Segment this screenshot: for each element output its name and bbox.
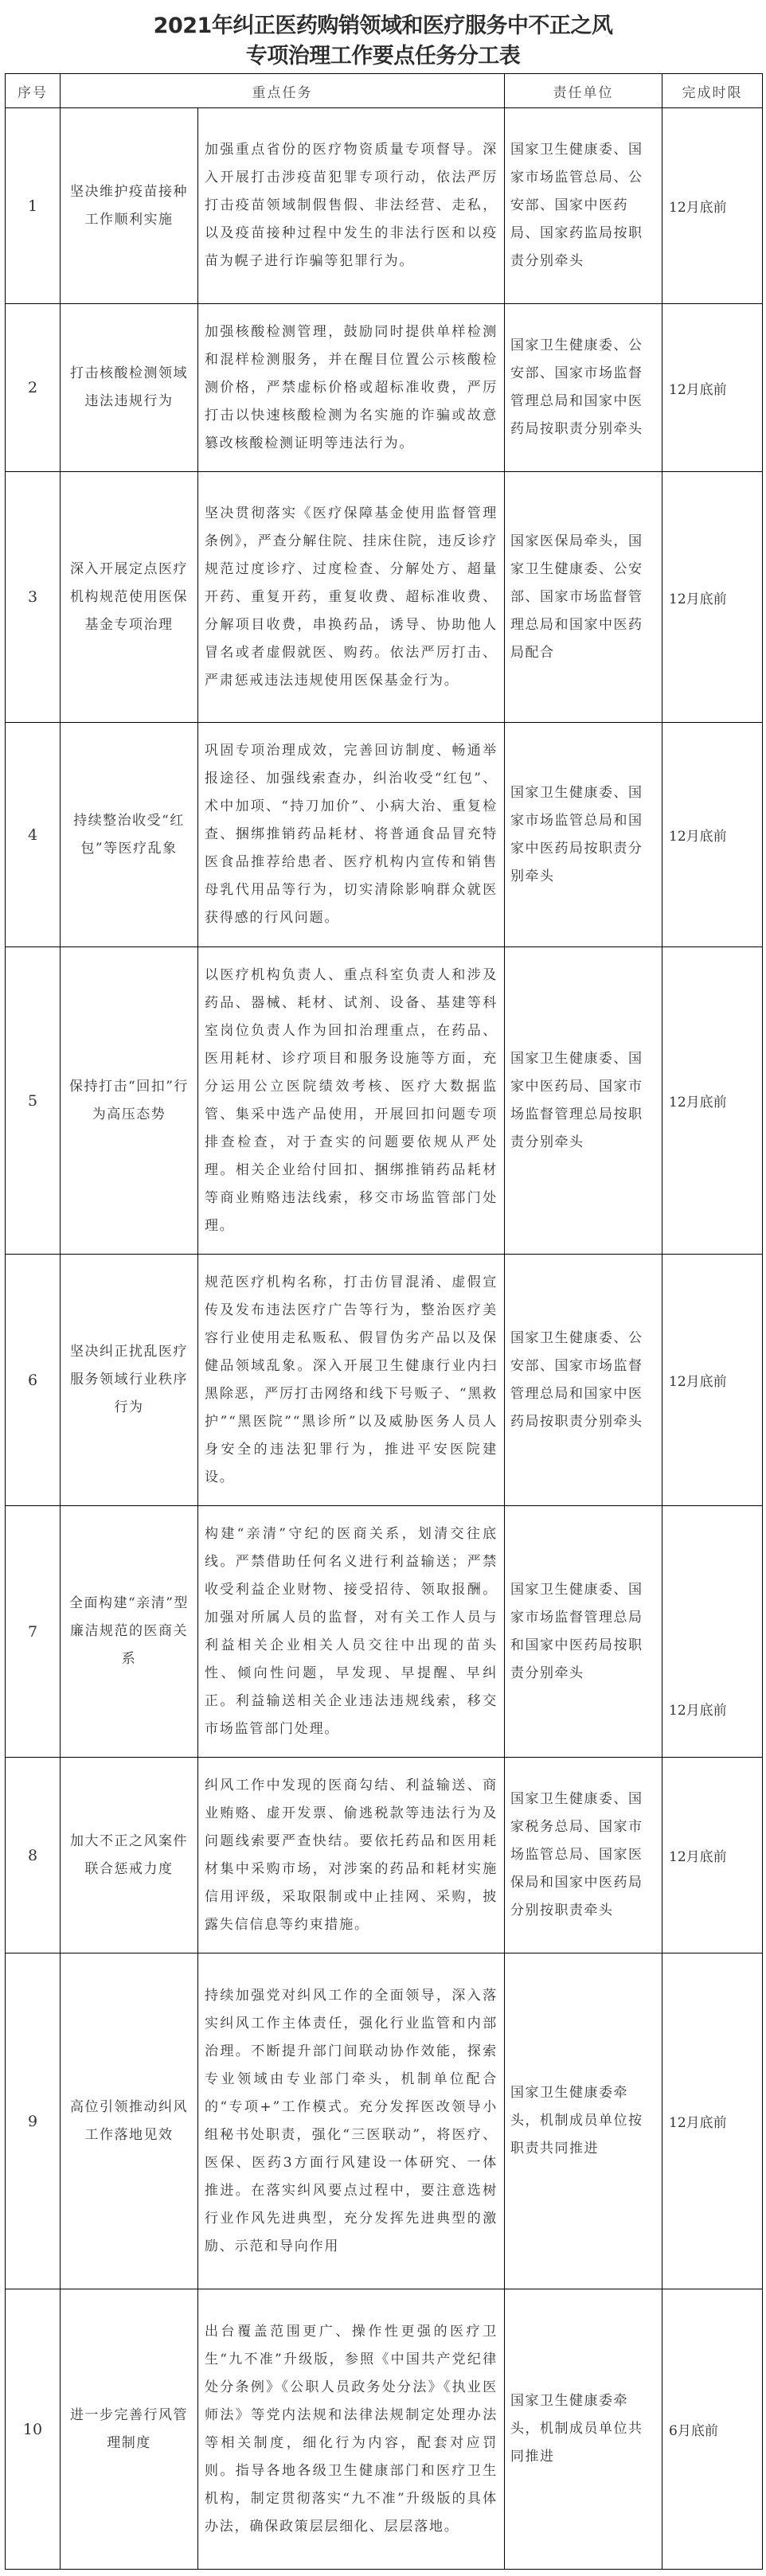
- responsible-unit: 国家卫生健康委、国家税务总局、国家市场监管总局、国家医保局和国家中医药局分别按职…: [505, 1758, 662, 1953]
- row-no: 7: [6, 1506, 61, 1758]
- responsible-unit: 国家卫生健康委、国家市场监管总局和国家中医药局按职责分别牵头: [505, 723, 662, 947]
- task-description: 构建“亲清”守纪的医商关系，划清交往底线。严禁借助任何名义进行利益输送；严禁收受…: [198, 1506, 505, 1758]
- table-row: 2 打击核酸检测领域违法违规行为 加强核酸检测管理，鼓励同时提供单样检测和混样检…: [6, 304, 763, 472]
- row-no: 1: [6, 108, 61, 304]
- table-row: 9 高位引领推动纠风工作落地见效 持续加强党对纠风工作的全面领导，深入落实纠风工…: [6, 1953, 763, 2289]
- deadline: 6月底前: [662, 2289, 763, 2570]
- header-no: 序号: [6, 74, 61, 108]
- task-name: 深入开展定点医疗机构规范使用医保基金专项治理: [61, 472, 198, 723]
- document-title-line2: 专项治理工作要点任务分工表: [0, 38, 766, 69]
- table-row: 3 深入开展定点医疗机构规范使用医保基金专项治理 坚决贯彻落实《医疗保障基金使用…: [6, 472, 763, 723]
- deadline: 12月底前: [662, 1758, 763, 1953]
- table-row: 8 加大不正之风案件联合惩戒力度 纠风工作中发现的医商勾结、利益输送、商业贿赂、…: [6, 1758, 763, 1953]
- task-assignment-table: 序号 重点任务 责任单位 完成时限 1 坚决维护疫苗接种工作顺利实施 加强重点省…: [5, 73, 763, 2570]
- responsible-unit: 国家卫生健康委牵头，机制成员单位按职责共同推进: [505, 1953, 662, 2289]
- table-row: 6 坚决纠正扰乱医疗服务领域行业秩序行为 规范医疗机构名称，打击仿冒混淆、虚假宣…: [6, 1255, 763, 1506]
- responsible-unit: 国家卫生健康委、公安部、国家市场监督管理总局和国家中医药局按职责分别牵头: [505, 304, 662, 472]
- task-name: 保持打击“回扣”行为高压态势: [61, 947, 198, 1255]
- header-unit: 责任单位: [505, 74, 662, 108]
- row-no: 8: [6, 1758, 61, 1953]
- task-name: 持续整治收受“红包”等医疗乱象: [61, 723, 198, 947]
- responsible-unit: 国家卫生健康委牵头，机制成员单位共同推进: [505, 2289, 662, 2570]
- task-name: 加大不正之风案件联合惩戒力度: [61, 1758, 198, 1953]
- row-no: 6: [6, 1255, 61, 1506]
- deadline: 12月底前: [662, 472, 763, 723]
- deadline: 12月底前: [662, 1506, 763, 1758]
- task-description: 持续加强党对纠风工作的全面领导，深入落实纠风工作主体责任，强化行业监管和内部治理…: [198, 1953, 505, 2289]
- header-task: 重点任务: [61, 74, 505, 108]
- task-name: 坚决维护疫苗接种工作顺利实施: [61, 108, 198, 304]
- deadline: 12月底前: [662, 1953, 763, 2289]
- task-description: 坚决贯彻落实《医疗保障基金使用监督管理条例》，严查分解住院、挂床住院，违反诊疗规…: [198, 472, 505, 723]
- row-no: 4: [6, 723, 61, 947]
- row-no: 2: [6, 304, 61, 472]
- deadline: 12月底前: [662, 1255, 763, 1506]
- row-no: 5: [6, 947, 61, 1255]
- task-name: 高位引领推动纠风工作落地见效: [61, 1953, 198, 2289]
- task-name: 坚决纠正扰乱医疗服务领域行业秩序行为: [61, 1255, 198, 1506]
- responsible-unit: 国家卫生健康委、国家中医药局、国家市场监督管理总局按职责分别牵头: [505, 947, 662, 1255]
- deadline: 12月底前: [662, 108, 763, 304]
- task-name: 打击核酸检测领域违法违规行为: [61, 304, 198, 472]
- row-no: 3: [6, 472, 61, 723]
- task-description: 巩固专项治理成效，完善回访制度、畅通举报途径、加强线索查办，纠治收受“红包”、术…: [198, 723, 505, 947]
- table-row: 7 全面构建“亲清”型廉洁规范的医商关系 构建“亲清”守纪的医商关系，划清交往底…: [6, 1506, 763, 1758]
- task-description: 加强重点省份的医疗物资质量专项督导。深入开展打击涉疫苗犯罪专项行动，依法严厉打击…: [198, 108, 505, 304]
- deadline: 12月底前: [662, 947, 763, 1255]
- responsible-unit: 国家卫生健康委、国家市场监督管理总局和国家中医药局按职责分别牵头: [505, 1506, 662, 1758]
- table-row: 1 坚决维护疫苗接种工作顺利实施 加强重点省份的医疗物资质量专项督导。深入开展打…: [6, 108, 763, 304]
- deadline: 12月底前: [662, 723, 763, 947]
- deadline: 12月底前: [662, 304, 763, 472]
- task-description: 规范医疗机构名称，打击仿冒混淆、虚假宣传及发布违法医疗广告等行为，整治医疗美容行…: [198, 1255, 505, 1506]
- document-title-line1: 2021年纠正医药购销领域和医疗服务中不正之风: [0, 8, 766, 39]
- responsible-unit: 国家医保局牵头，国家卫生健康委、公安部、国家市场监督管理总局和国家中医药局配合: [505, 472, 662, 723]
- task-name: 全面构建“亲清”型廉洁规范的医商关系: [61, 1506, 198, 1758]
- task-name: 进一步完善行风管理制度: [61, 2289, 198, 2570]
- task-description: 出台覆盖范围更广、操作性更强的医疗卫生“九不准”升级版，参照《中国共产党纪律处分…: [198, 2289, 505, 2570]
- responsible-unit: 国家卫生健康委、公安部、国家市场监督管理总局和国家中医药局按职责分别牵头: [505, 1255, 662, 1506]
- table-header-row: 序号 重点任务 责任单位 完成时限: [6, 74, 763, 108]
- task-description: 加强核酸检测管理，鼓励同时提供单样检测和混样检测服务，并在醒目位置公示核酸检测价…: [198, 304, 505, 472]
- table-row: 10 进一步完善行风管理制度 出台覆盖范围更广、操作性更强的医疗卫生“九不准”升…: [6, 2289, 763, 2570]
- row-no: 10: [6, 2289, 61, 2570]
- task-description: 以医疗机构负责人、重点科室负责人和涉及药品、器械、耗材、试剂、设备、基建等科室岗…: [198, 947, 505, 1255]
- table-row: 4 持续整治收受“红包”等医疗乱象 巩固专项治理成效，完善回访制度、畅通举报途径…: [6, 723, 763, 947]
- row-no: 9: [6, 1953, 61, 2289]
- table-row: 5 保持打击“回扣”行为高压态势 以医疗机构负责人、重点科室负责人和涉及药品、器…: [6, 947, 763, 1255]
- task-description: 纠风工作中发现的医商勾结、利益输送、商业贿赂、虚开发票、偷逃税款等违法行为及问题…: [198, 1758, 505, 1953]
- header-deadline: 完成时限: [662, 74, 763, 108]
- responsible-unit: 国家卫生健康委、国家市场监管总局、公安部、国家中医药局、国家药监局按职责分别牵头: [505, 108, 662, 304]
